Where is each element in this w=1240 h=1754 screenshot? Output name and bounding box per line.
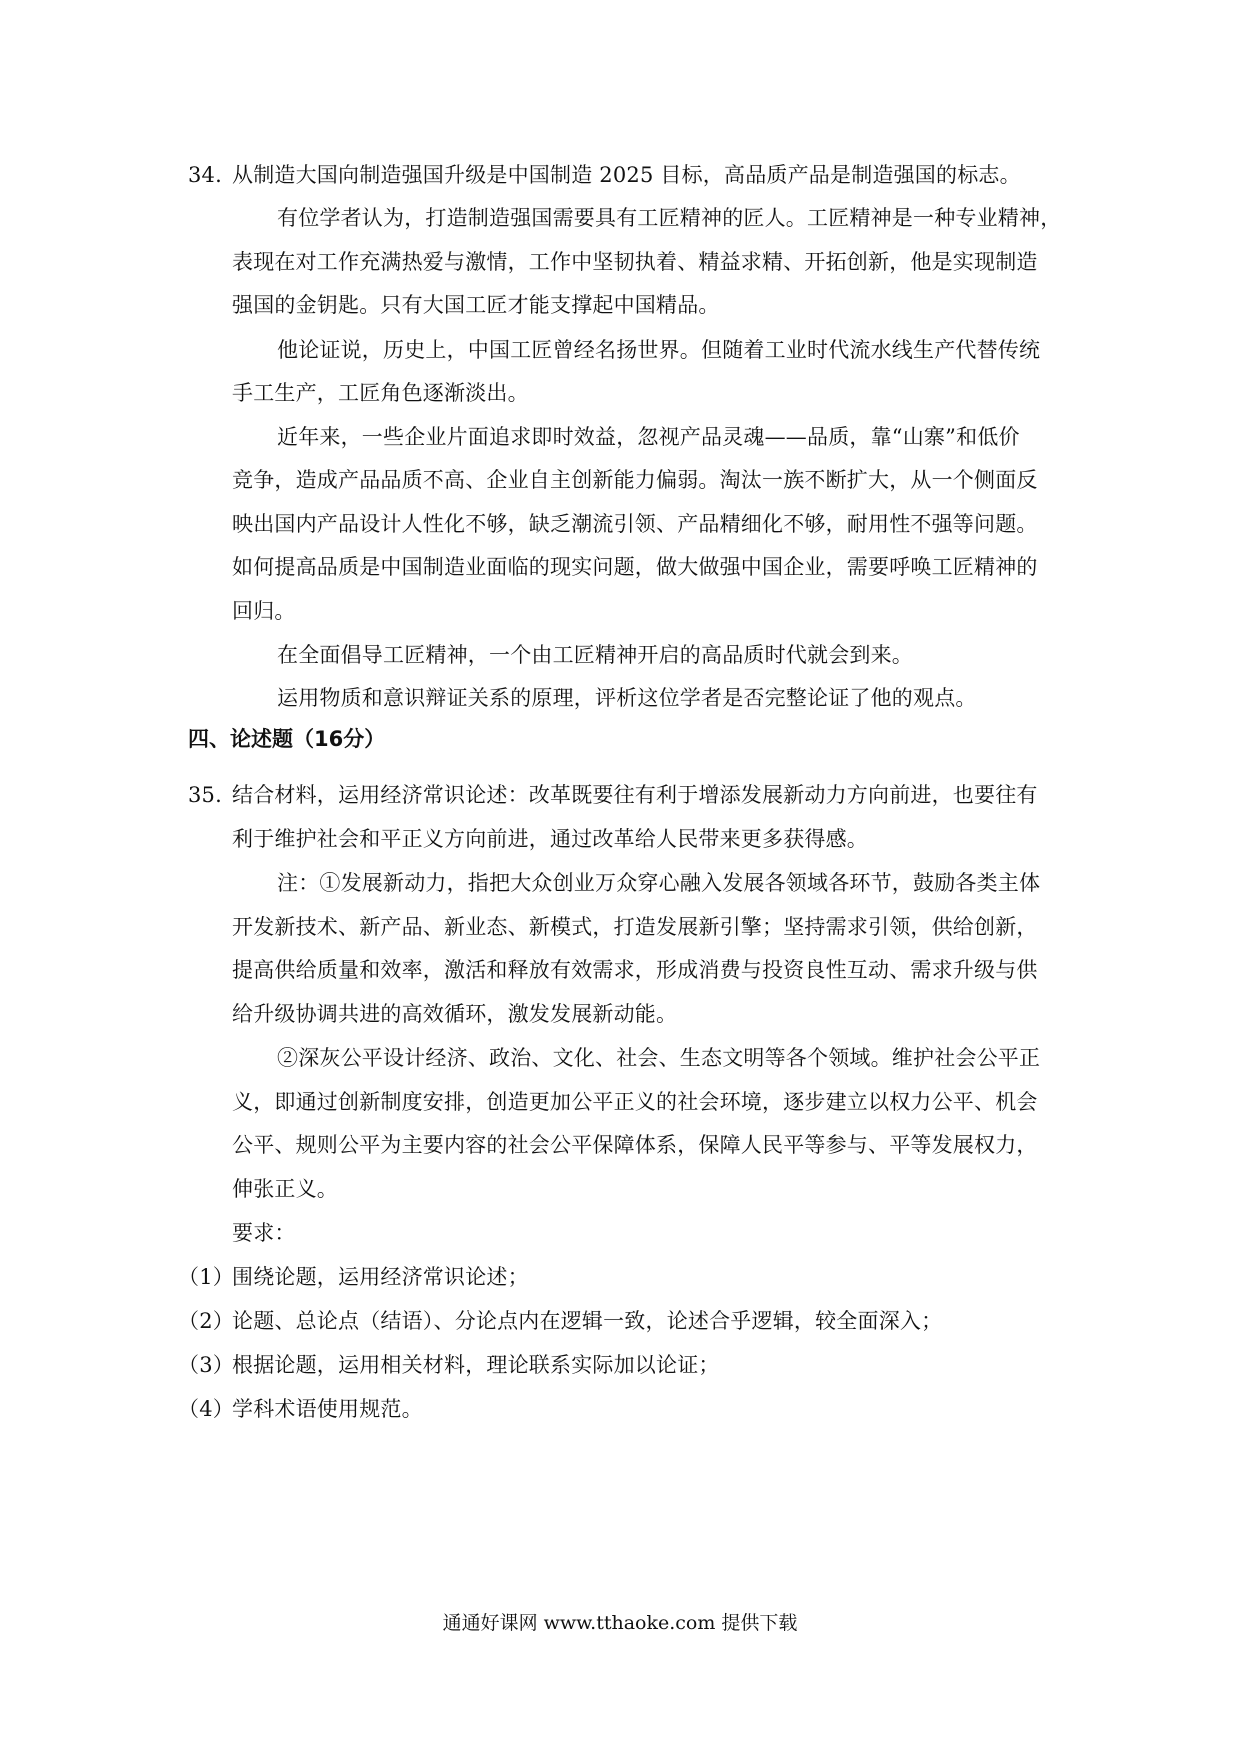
paragraph-line: 表现在对工作充满热爱与激情，工作中坚韧执着、精益求精、开拓创新，他是实现制造 xyxy=(232,248,1038,276)
paragraph-line: 近年来，一些企业片面追求即时效益，忽视产品灵魂——品质，靠“山寨”和低价 xyxy=(277,423,1020,451)
paragraph-line: 利于维护社会和平正义方向前进，通过改革给人民带来更多获得感。 xyxy=(232,825,868,853)
note-line: 伸张正义。 xyxy=(232,1175,338,1203)
question-prompt: 运用物质和意识辩证关系的原理，评析这位学者是否完整论证了他的观点。 xyxy=(277,684,977,712)
paragraph-line: 有位学者认为，打造制造强国需要具有工匠精神的匠人。工匠精神是一种专业精神， xyxy=(277,204,1061,232)
requirement-text: 围绕论题，运用经济常识论述； xyxy=(232,1263,529,1291)
exam-page: 34. 从制造大国向制造强国升级是中国制造 2025 目标，高品质产品是制造强国… xyxy=(0,0,1240,1754)
question-number: 34. xyxy=(188,161,222,189)
note-line: 提高供给质量和效率，激活和释放有效需求，形成消费与投资良性互动、需求升级与供 xyxy=(232,956,1038,984)
paragraph-line: 竞争，造成产品品质不高、企业自主创新能力偏弱。淘汰一族不断扩大，从一个侧面反 xyxy=(232,466,1038,494)
paragraph-line: 映出国内产品设计人性化不够，缺乏潮流引领、产品精细化不够，耐用性不强等问题。 xyxy=(232,510,1038,538)
question-number: 35. xyxy=(188,781,222,809)
paragraph-line: 在全面倡导工匠精神，一个由工匠精神开启的高品质时代就会到来。 xyxy=(277,641,913,669)
note-line: ②深灰公平设计经济、政治、文化、社会、生态文明等各个领域。维护社会公平正 xyxy=(277,1044,1040,1072)
note-line: 给升级协调共进的高效循环，激发发展新动能。 xyxy=(232,1000,677,1028)
requirement-number: （4） xyxy=(178,1395,234,1423)
paragraph-line: 强国的金钥匙。只有大国工匠才能支撑起中国精品。 xyxy=(232,291,720,319)
note-line: 注：①发展新动力，指把大众创业万众穿心融入发展各领域各环节，鼓励各类主体 xyxy=(277,869,1040,897)
requirement-number: （3） xyxy=(178,1351,234,1379)
paragraph-line: 手工生产，工匠角色逐渐淡出。 xyxy=(232,379,529,407)
requirement-text: 学科术语使用规范。 xyxy=(232,1395,423,1423)
requirement-number: （2） xyxy=(178,1307,234,1335)
question-stem: 结合材料，运用经济常识论述：改革既要往有利于增添发展新动力方向前进，也要往有 xyxy=(232,781,1038,809)
requirement-text: 论题、总论点（结语）、分论点内在逻辑一致，论述合乎逻辑，较全面深入； xyxy=(232,1307,942,1335)
requirement-number: （1） xyxy=(178,1263,234,1291)
section-heading: 四、论述题（16分） xyxy=(188,725,385,753)
question-stem: 从制造大国向制造强国升级是中国制造 2025 目标，高品质产品是制造强国的标志。 xyxy=(232,161,1021,189)
paragraph-line: 他论证说，历史上，中国工匠曾经名扬世界。但随着工业时代流水线生产代替传统 xyxy=(277,336,1040,364)
footer-source-note: 通通好课网 www.tthaoke.com 提供下载 xyxy=(0,1610,1240,1636)
note-line: 公平、规则公平为主要内容的社会公平保障体系，保障人民平等参与、平等发展权力， xyxy=(232,1131,1038,1159)
note-line: 开发新技术、新产品、新业态、新模式，打造发展新引擎；坚持需求引领，供给创新， xyxy=(232,913,1038,941)
paragraph-line: 如何提高品质是中国制造业面临的现实问题，做大做强中国企业，需要呼唤工匠精神的 xyxy=(232,553,1038,581)
requirement-text: 根据论题，运用相关材料，理论联系实际加以论证； xyxy=(232,1351,720,1379)
paragraph-line: 回归。 xyxy=(232,597,296,625)
requirements-label: 要求： xyxy=(232,1219,296,1247)
note-line: 义，即通过创新制度安排，创造更加公平正义的社会环境，逐步建立以权力公平、机会 xyxy=(232,1088,1038,1116)
